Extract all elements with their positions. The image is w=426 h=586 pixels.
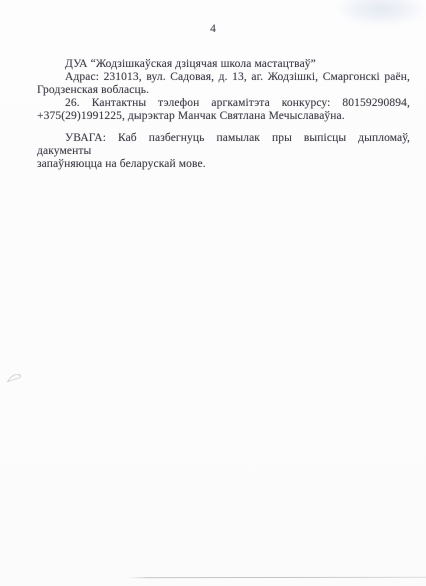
page-number: 4: [0, 23, 426, 36]
contact-phone-line-1: 26. Кантактны тэлефон аргкамітэта конкур…: [37, 97, 410, 110]
attention-note-line-1: УВАГА: Каб пазбегнуць памылак пры выпісц…: [37, 132, 410, 158]
address-line-2: Гродзенская вобласць.: [37, 84, 410, 97]
scan-pen-mark-artifact: [5, 368, 31, 388]
document-body: ДУА “Жодзішкаўская дзіцячая школа мастац…: [37, 58, 410, 171]
scanned-document-page: 4 ДУА “Жодзішкаўская дзіцячая школа маст…: [0, 0, 426, 586]
contact-phone-line-2: +375(29)1991225, дырэктар Манчак Святлан…: [37, 110, 410, 123]
attention-note: УВАГА: Каб пазбегнуць памылак пры выпісц…: [37, 132, 410, 171]
attention-note-line-2: запаўняюцца на беларускай мове.: [37, 158, 410, 171]
scan-edge-line-artifact: [127, 577, 426, 579]
org-name-line: ДУА “Жодзішкаўская дзіцячая школа мастац…: [37, 58, 410, 71]
address-line-1: Адрас: 231013, вул. Садовая, д. 13, аг. …: [37, 71, 410, 84]
